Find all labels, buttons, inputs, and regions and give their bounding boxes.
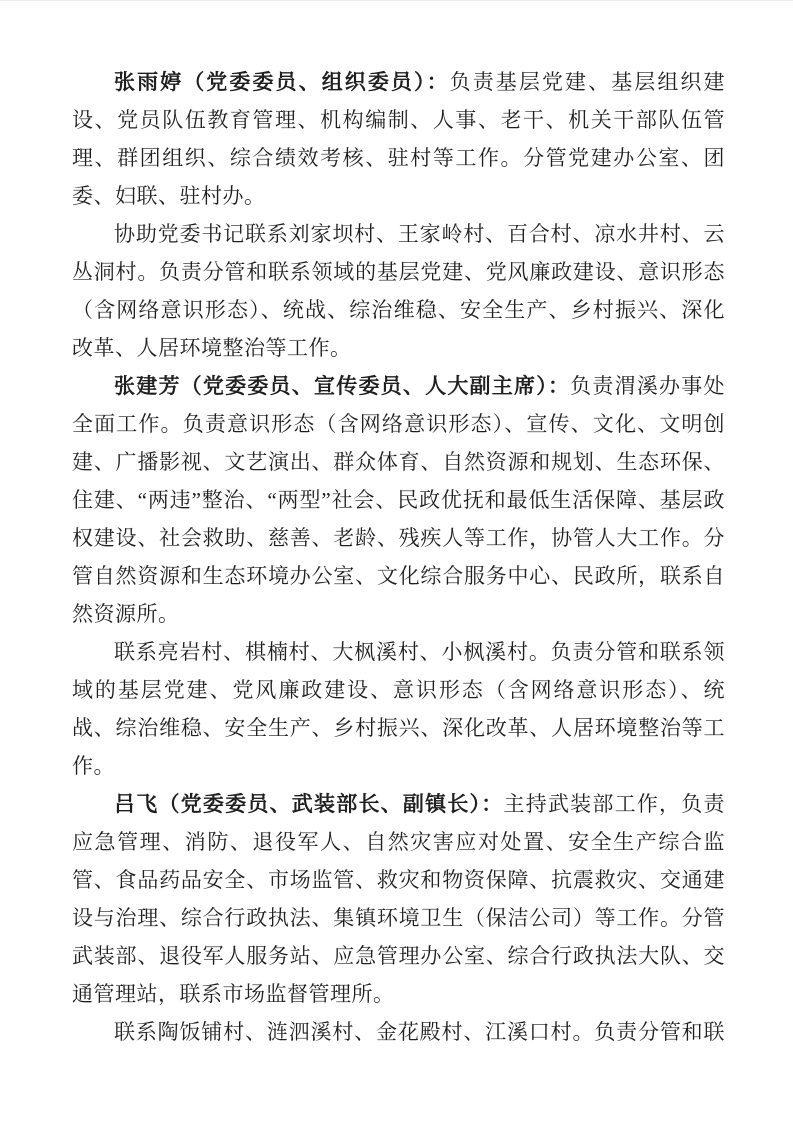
document-body: 张雨婷（党委委员、组织委员）：负责基层党建、基层组织建设、党员队伍教育管理、机构… bbox=[72, 63, 725, 1051]
officer-name-title-lv-fei: 吕飞（党委委员、武装部长、副镇长）： bbox=[114, 792, 504, 816]
document-page: 张雨婷（党委委员、组织委员）：负责基层党建、基层组织建设、党员队伍教育管理、机构… bbox=[0, 0, 793, 1122]
paragraph-zhang-yuting-duties: 张雨婷（党委委员、组织委员）：负责基层党建、基层组织建设、党员队伍教育管理、机构… bbox=[72, 63, 725, 215]
paragraph-lv-fei-villages-continued: 联系陶饭铺村、涟泗溪村、金花殿村、江溪口村。负责分管和联 bbox=[72, 1013, 725, 1051]
paragraph-text: 协助党委书记联系刘家坝村、王家岭村、百合村、凉水井村、云丛洞村。负责分管和联系领… bbox=[72, 222, 725, 360]
paragraph-zhang-yuting-villages: 协助党委书记联系刘家坝村、王家岭村、百合村、凉水井村、云丛洞村。负责分管和联系领… bbox=[72, 215, 725, 367]
officer-name-title-zhang-yuting: 张雨婷（党委委员、组织委员）： bbox=[114, 70, 450, 94]
paragraph-text: 负责渭溪办事处全面工作。负责意识形态（含网络意识形态）、宣传、文化、文明创建、广… bbox=[72, 374, 725, 626]
officer-name-title-zhang-jianfang: 张建芳（党委委员、宣传委员、人大副主席）： bbox=[114, 374, 570, 398]
paragraph-text: 主持武装部工作，负责应急管理、消防、退役军人、自然灾害应对处置、安全生产综合监管… bbox=[72, 792, 725, 1006]
paragraph-text: 联系陶饭铺村、涟泗溪村、金花殿村、江溪口村。负责分管和联 bbox=[114, 1020, 725, 1044]
paragraph-zhang-jianfang-duties: 张建芳（党委委员、宣传委员、人大副主席）：负责渭溪办事处全面工作。负责意识形态（… bbox=[72, 367, 725, 633]
paragraph-lv-fei-duties: 吕飞（党委委员、武装部长、副镇长）：主持武装部工作，负责应急管理、消防、退役军人… bbox=[72, 785, 725, 1013]
paragraph-zhang-jianfang-villages: 联系亮岩村、棋楠村、大枫溪村、小枫溪村。负责分管和联系领域的基层党建、党风廉政建… bbox=[72, 633, 725, 785]
paragraph-text: 联系亮岩村、棋楠村、大枫溪村、小枫溪村。负责分管和联系领域的基层党建、党风廉政建… bbox=[72, 640, 725, 778]
